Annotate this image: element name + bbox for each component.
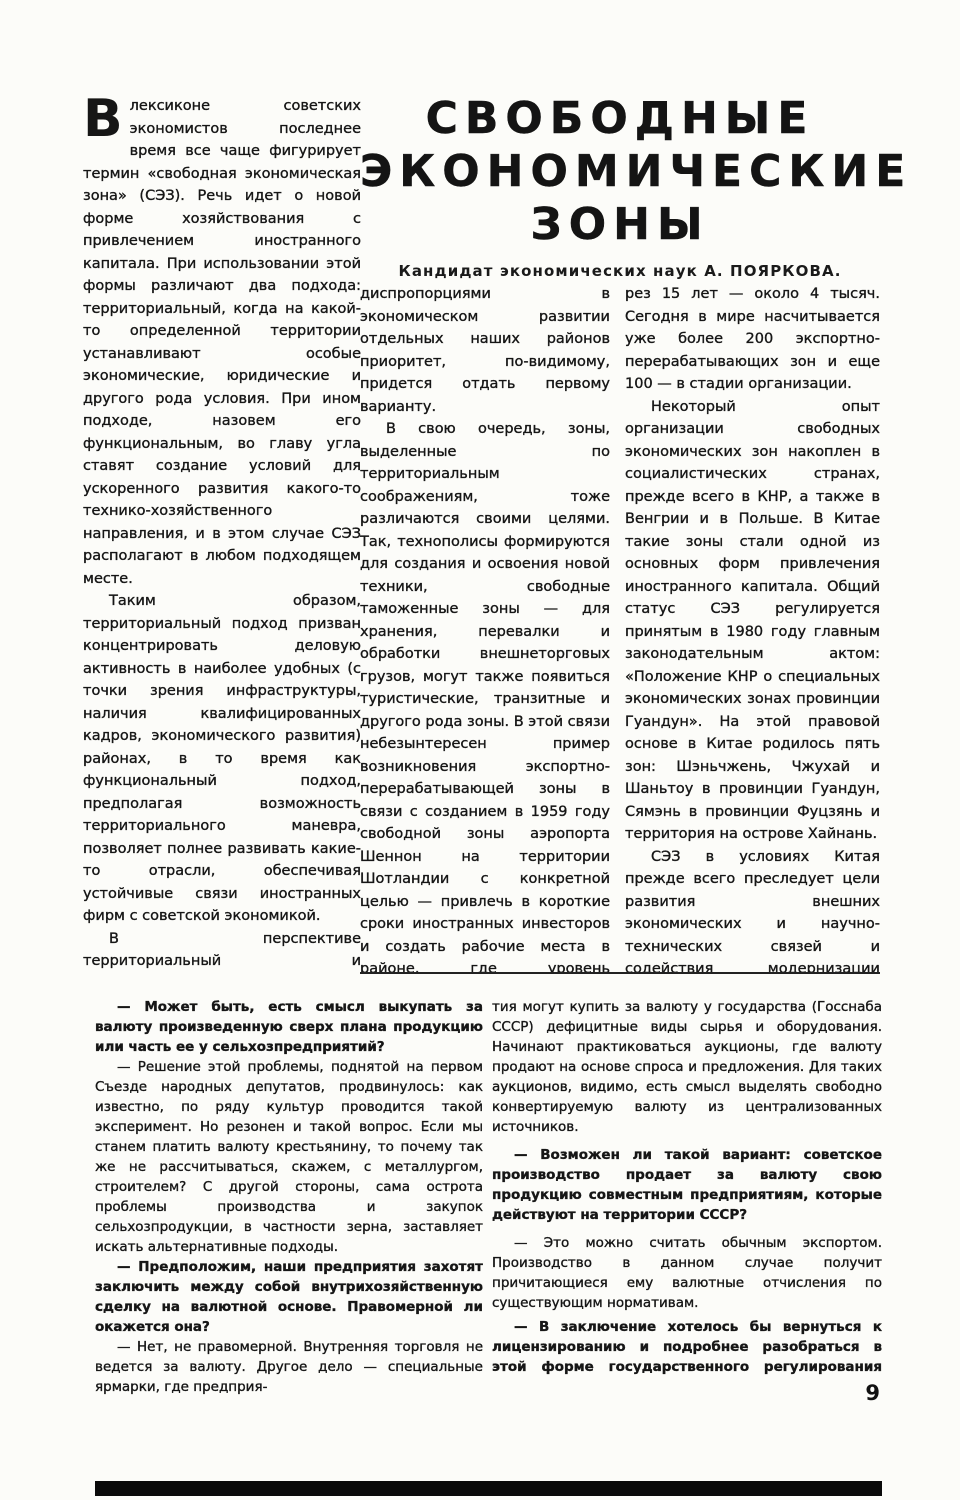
interview-column-right: тия могут купить за валюту у государства… (492, 997, 882, 1380)
intro-col3-paragraph-1: рез 15 лет — около 4 тысяч. Сегодня в ми… (625, 283, 880, 396)
footer-black-bar (95, 1481, 882, 1496)
article-byline: Кандидат экономических наук А. ПОЯРКОВА. (360, 262, 880, 280)
intro-column-3: рез 15 лет — около 4 тысяч. Сегодня в ми… (625, 283, 880, 973)
interview-column-left: — Может быть, есть смысл выкупать за вал… (95, 997, 483, 1459)
section-divider-rule (360, 972, 880, 974)
intro-col1-paragraph-1-text: лексиконе советских экономистов последне… (83, 98, 361, 587)
intro-col3-paragraph-2: Некоторый опыт организации свободных эко… (625, 396, 880, 846)
interview-right-continuation: тия могут купить за валюту у государства… (492, 997, 882, 1137)
interview-answer-1: — Решение этой проблемы, поднятой на пер… (95, 1057, 483, 1257)
interview-question-1: — Может быть, есть смысл выкупать за вал… (95, 997, 483, 1057)
article-title-line-3: ЗОНЫ (360, 198, 880, 251)
magazine-page: Влексиконе советских экономистов последн… (0, 0, 960, 1500)
intro-col1-paragraph-3: В перспективе территориальный и функцион… (83, 928, 361, 971)
interview-answer-3: — Это можно считать обычным экспортом. П… (492, 1233, 882, 1313)
article-header: СВОБОДНЫЕ ЭКОНОМИЧЕСКИЕ ЗОНЫ Кандидат эк… (360, 92, 880, 272)
intro-col1-paragraph-2: Таким образом, территориальный подход пр… (83, 590, 361, 928)
interview-question-3: — Возможен ли такой вариант: советское п… (492, 1145, 882, 1225)
page-number: 9 (865, 1381, 880, 1405)
interview-question-4: — В заключение хотелось бы вернуться к л… (492, 1317, 882, 1380)
intro-col2-paragraph-2: В свою очередь, зоны, выделенные по терр… (360, 418, 610, 973)
intro-col2-paragraph-1: диспропорциями в экономическом развитии … (360, 283, 610, 418)
article-title-line-2: ЭКОНОМИЧЕСКИЕ (360, 145, 880, 198)
interview-question-2: — Предположим, наши предприятия захотят … (95, 1257, 483, 1337)
intro-col3-paragraph-3: СЭЗ в условиях Китая прежде всего пресле… (625, 846, 880, 974)
intro-column-1: Влексиконе советских экономистов последн… (83, 95, 361, 970)
intro-col1-paragraph-1: Влексиконе советских экономистов последн… (83, 95, 361, 590)
drop-cap: В (83, 95, 130, 141)
interview-answer-2: — Нет, не правомерной. Внутренняя торгов… (95, 1337, 483, 1397)
article-title-line-1: СВОБОДНЫЕ (360, 92, 880, 145)
intro-column-2: диспропорциями в экономическом развитии … (360, 283, 610, 973)
